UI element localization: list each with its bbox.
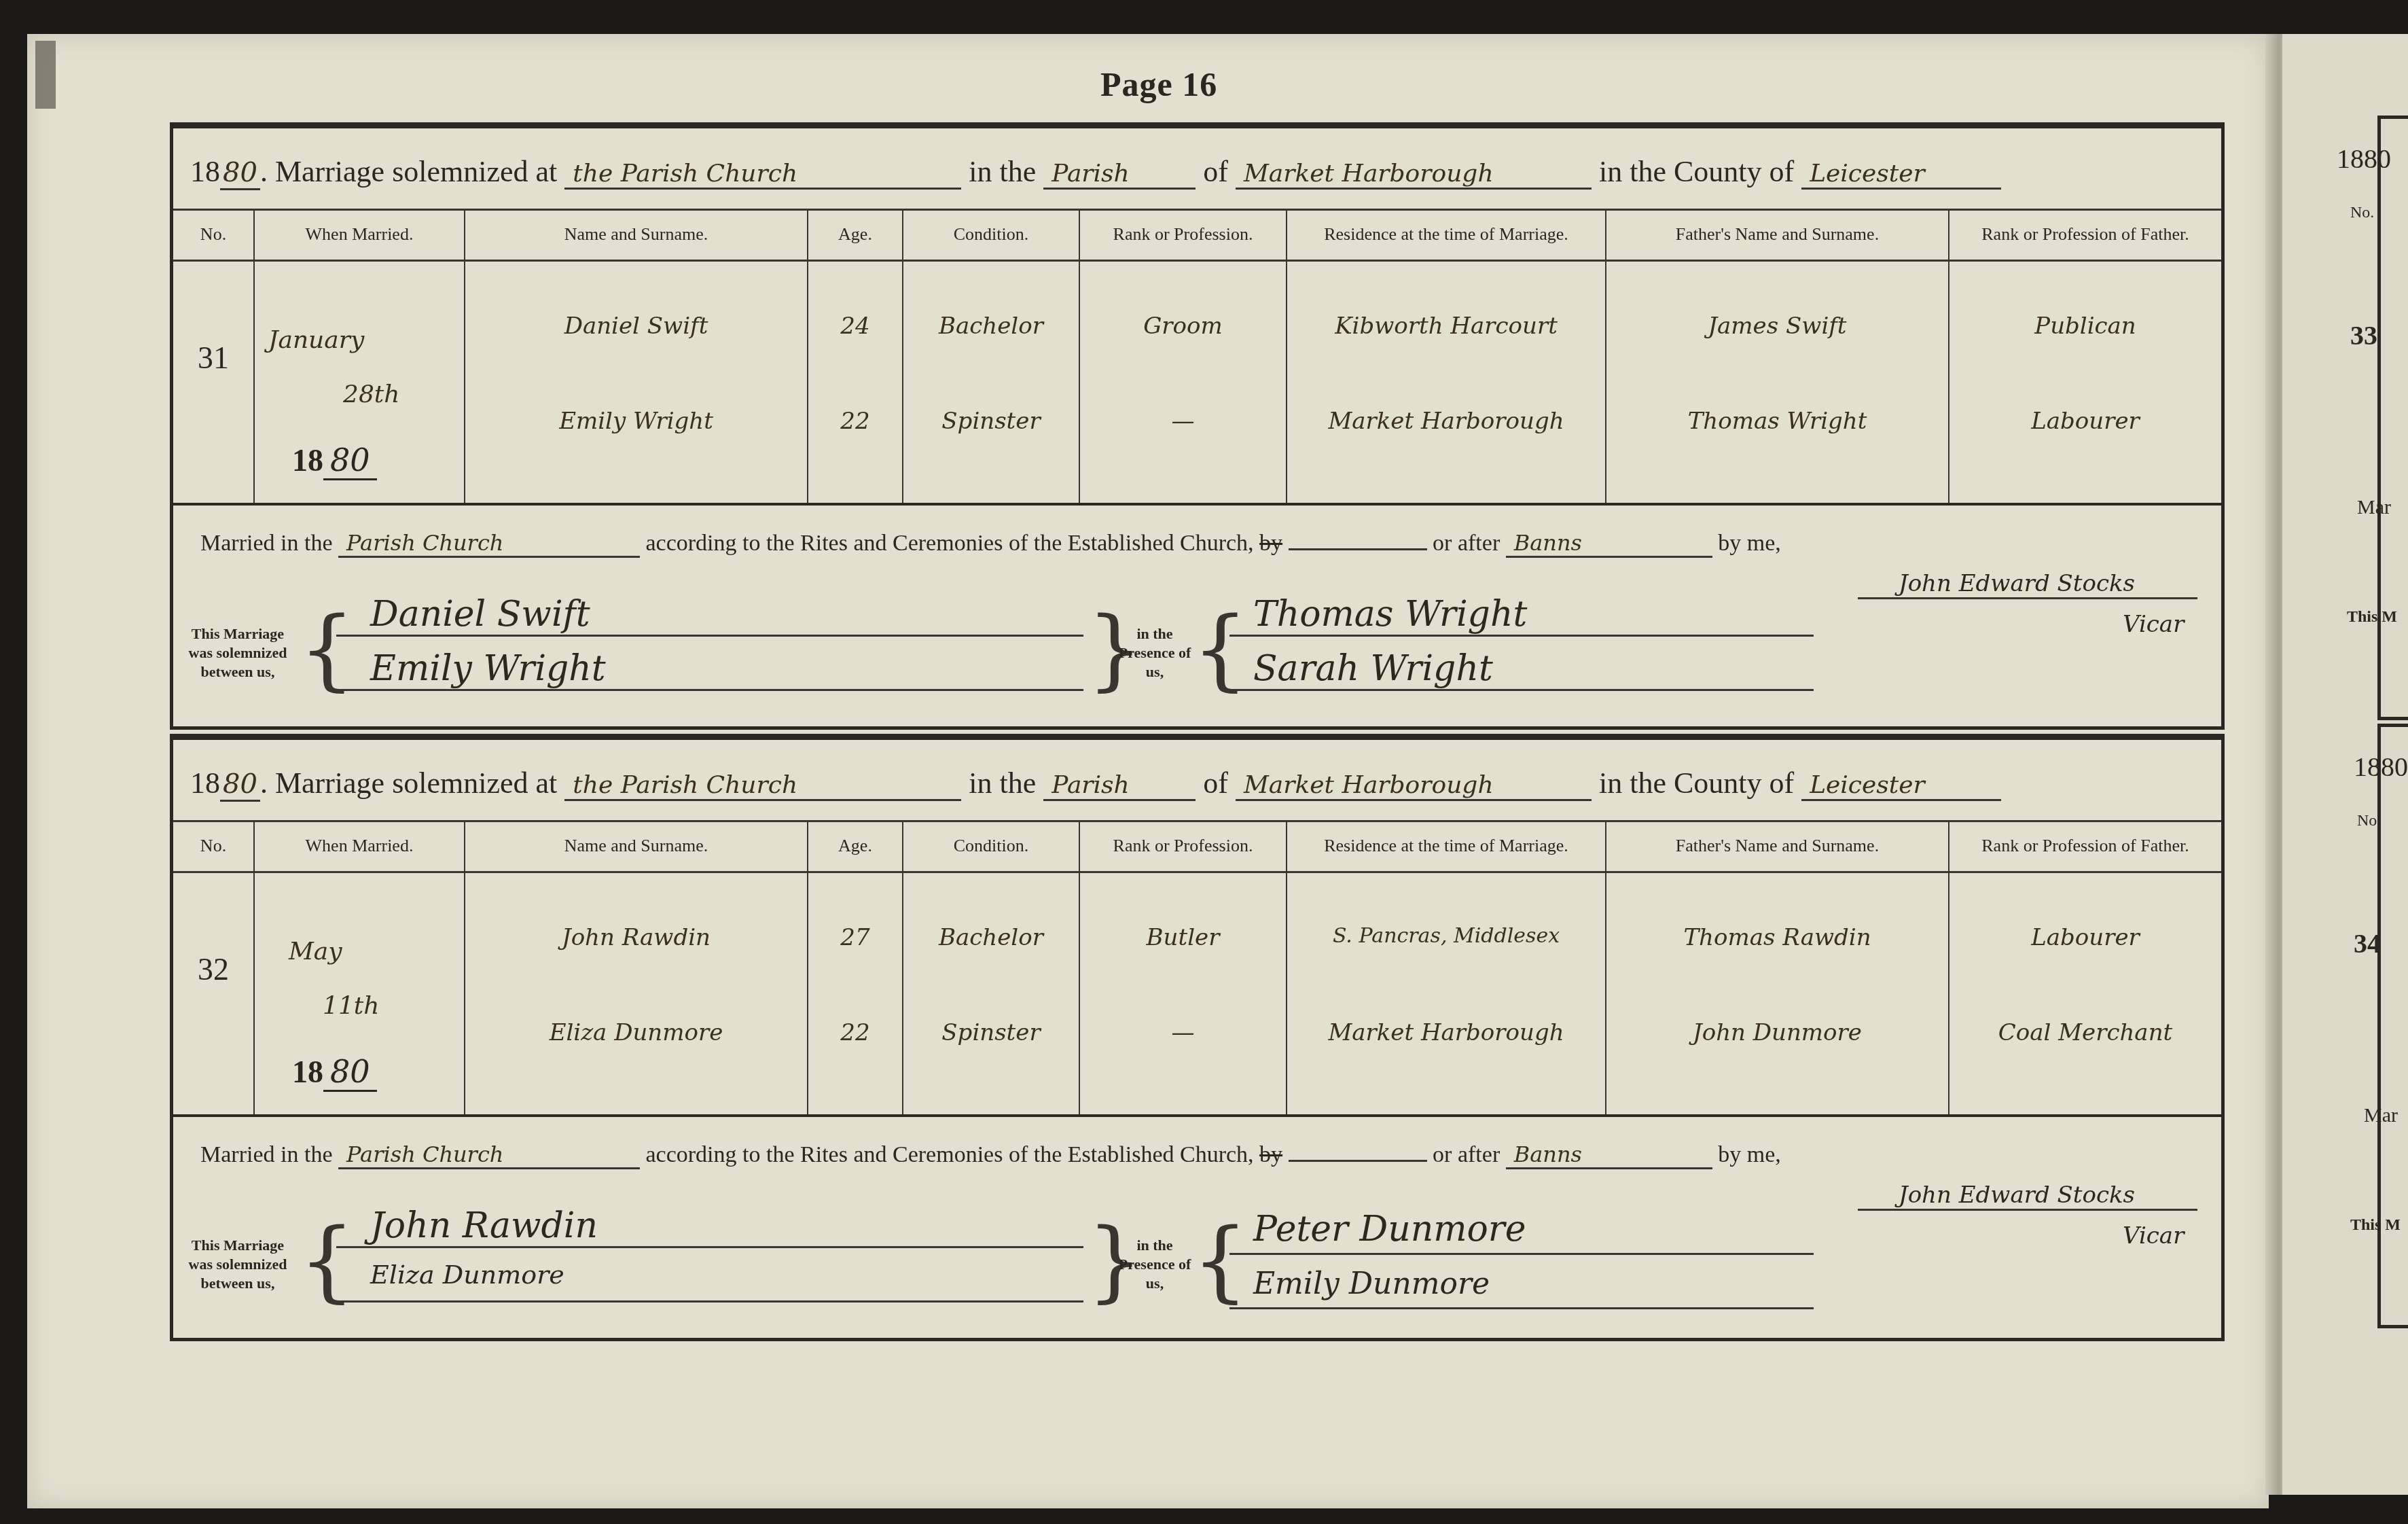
or-after-label: or after xyxy=(1433,531,1500,556)
after-value: Banns xyxy=(1506,1141,1712,1169)
officiant-title: Vicar xyxy=(2123,1222,2184,1250)
signature-witness2: Sarah Wright xyxy=(1253,648,1493,689)
bride-age: 22 xyxy=(808,1019,902,1046)
col-condition: Condition. xyxy=(903,211,1080,260)
brace-left: { xyxy=(299,597,355,701)
solemnized-between-label: This Marriage was solemnized between us, xyxy=(187,624,289,681)
or-after-label: or after xyxy=(1433,1142,1500,1167)
in-presence-label: in the Presence of us, xyxy=(1117,1236,1192,1293)
bride-father: John Dunmore xyxy=(1606,1019,1948,1046)
brace-left: { xyxy=(299,1209,355,1312)
bride-father-rank: Coal Merchant xyxy=(1949,1019,2221,1046)
signature-witness1: Thomas Wright xyxy=(1253,594,1527,635)
solemnized-label: Marriage solemnized at xyxy=(275,766,557,800)
according-label: according to the Rites and Ceremonies of… xyxy=(646,531,1254,556)
year-prefix: 18 xyxy=(190,155,220,188)
groom-father-rank: Labourer xyxy=(1949,924,2221,951)
bride-name: Emily Wright xyxy=(465,408,807,435)
married-in-value: Parish Church xyxy=(338,1141,640,1169)
next-page-number: 33 xyxy=(2350,319,2377,351)
next-page-no-label: No. xyxy=(2357,812,2381,830)
col-age: Age. xyxy=(808,211,903,260)
col-father-name: Father's Name and Surname. xyxy=(1606,211,1949,260)
groom-condition: Bachelor xyxy=(903,313,1079,340)
officiant-signature: John Edward Stocks xyxy=(1899,1182,2135,1209)
date-day: 28th xyxy=(343,380,399,408)
next-page-entry xyxy=(2377,116,2408,720)
groom-father: James Swift xyxy=(1606,313,1948,340)
year-prefix: 18 xyxy=(190,766,220,800)
signature-party2: Emily Wright xyxy=(370,648,606,689)
married-in-label: Married in the xyxy=(200,531,333,556)
groom-father-rank: Publican xyxy=(1949,313,2221,340)
brace-right: { xyxy=(1192,1209,1248,1312)
officiant-signature: John Edward Stocks xyxy=(1899,570,2135,597)
groom-age: 27 xyxy=(808,924,902,951)
district-value: Market Harborough xyxy=(1236,771,1592,801)
next-page-married-label: Mar xyxy=(2364,1104,2398,1127)
bride-father: Thomas Wright xyxy=(1606,408,1948,435)
after-value: Banns xyxy=(1506,530,1712,558)
married-in-line: Married in the Parish Church according t… xyxy=(173,1117,2221,1182)
in-the-label: in the xyxy=(969,155,1036,188)
by-licence-value xyxy=(1289,1160,1427,1162)
column-headers: No. When Married. Name and Surname. Age.… xyxy=(173,211,2221,262)
signature-witness1: Peter Dunmore xyxy=(1253,1209,1526,1250)
col-residence: Residence at the time of Marriage. xyxy=(1287,822,1606,871)
col-rank: Rank or Profession. xyxy=(1080,211,1287,260)
signature-party1: Daniel Swift xyxy=(370,594,590,635)
married-in-value: Parish Church xyxy=(338,530,640,558)
col-age: Age. xyxy=(808,822,903,871)
bride-condition: Spinster xyxy=(903,1019,1079,1046)
next-page-no-label: No. xyxy=(2350,204,2374,222)
page-number: Page 16 xyxy=(1100,65,1217,104)
in-presence-label: in the Presence of us, xyxy=(1117,624,1192,681)
next-page-number: 34 xyxy=(2354,927,2381,959)
col-rank: Rank or Profession. xyxy=(1080,822,1287,871)
col-no: No. xyxy=(173,822,255,871)
groom-age: 24 xyxy=(808,313,902,340)
next-page-year: 1880 xyxy=(2337,143,2391,175)
signature-party1: John Rawdin xyxy=(370,1205,598,1246)
by-me-label: by me, xyxy=(1718,1142,1781,1167)
county-label: in the County of xyxy=(1599,155,1794,188)
bride-father-rank: Labourer xyxy=(1949,408,2221,435)
col-name: Name and Surname. xyxy=(465,211,808,260)
col-name: Name and Surname. xyxy=(465,822,808,871)
bride-rank: — xyxy=(1080,1019,1286,1046)
next-page-married-label: Mar xyxy=(2357,496,2391,519)
groom-father: Thomas Rawdin xyxy=(1606,924,1948,951)
signature-block: This Marriage was solemnized between us,… xyxy=(173,1182,2221,1317)
by-label: by xyxy=(1259,531,1282,556)
date-year-prefix: 18 xyxy=(292,443,323,478)
next-page-year: 1880 xyxy=(2354,751,2408,783)
bride-age: 22 xyxy=(808,408,902,435)
entry-row: 32 May 11th 1880 John RawdinEliza Dunmor… xyxy=(173,873,2221,1117)
entry-row: 31 January 28th 1880 Daniel SwiftEmily W… xyxy=(173,262,2221,506)
date-month: January xyxy=(268,326,364,354)
col-father-name: Father's Name and Surname. xyxy=(1606,822,1949,871)
county-label: in the County of xyxy=(1599,766,1794,800)
entry-header: 1880. Marriage solemnized at the Parish … xyxy=(173,740,2221,822)
when-married: May 11th 1880 xyxy=(255,873,465,1114)
signature-block: This Marriage was solemnized between us,… xyxy=(173,570,2221,706)
entry-number: 32 xyxy=(173,951,253,987)
groom-residence: S. Pancras, Middlesex xyxy=(1287,924,1605,948)
date-month: May xyxy=(289,938,342,965)
place-value: the Parish Church xyxy=(564,160,961,190)
marriage-entry: 1880. Marriage solemnized at the Parish … xyxy=(170,122,2225,730)
by-licence-value xyxy=(1289,548,1427,550)
brace-right: { xyxy=(1192,597,1248,701)
date-day: 11th xyxy=(323,992,379,1020)
col-when-married: When Married. xyxy=(255,211,465,260)
next-page-entry xyxy=(2377,724,2408,1328)
married-in-line: Married in the Parish Church according t… xyxy=(173,506,2221,570)
col-father-rank: Rank or Profession of Father. xyxy=(1949,822,2221,871)
col-residence: Residence at the time of Marriage. xyxy=(1287,211,1606,260)
year-suffix: 80 xyxy=(220,157,260,190)
place-value: the Parish Church xyxy=(564,771,961,801)
date-year-suffix: 80 xyxy=(323,1053,377,1092)
when-married: January 28th 1880 xyxy=(255,262,465,503)
col-father-rank: Rank or Profession of Father. xyxy=(1949,211,2221,260)
groom-name: Daniel Swift xyxy=(465,313,807,340)
solemnized-between-label: This Marriage was solemnized between us, xyxy=(187,1236,289,1293)
next-page-this-marriage: This M xyxy=(2347,608,2397,626)
by-label: by xyxy=(1259,1142,1282,1167)
of-label: of xyxy=(1203,766,1228,800)
column-headers: No. When Married. Name and Surname. Age.… xyxy=(173,822,2221,873)
page-stain xyxy=(35,41,56,109)
officiant-title: Vicar xyxy=(2123,611,2184,638)
col-condition: Condition. xyxy=(903,822,1080,871)
county-value: Leicester xyxy=(1801,771,2001,801)
according-label: according to the Rites and Ceremonies of… xyxy=(646,1142,1254,1167)
next-page-this-marriage: This M xyxy=(2350,1216,2401,1235)
district-value: Market Harborough xyxy=(1236,160,1592,190)
entry-header: 1880. Marriage solemnized at the Parish … xyxy=(173,128,2221,211)
col-no: No. xyxy=(173,211,255,260)
solemnized-label: Marriage solemnized at xyxy=(275,155,557,188)
groom-rank: Butler xyxy=(1080,924,1286,951)
signature-witness2: Emily Dunmore xyxy=(1253,1266,1490,1301)
bride-rank: — xyxy=(1080,408,1286,435)
in-the-label: in the xyxy=(969,766,1036,800)
married-in-label: Married in the xyxy=(200,1142,333,1167)
marriage-entry: 1880. Marriage solemnized at the Parish … xyxy=(170,734,2225,1341)
year-suffix: 80 xyxy=(220,768,260,802)
district-type: Parish xyxy=(1043,160,1196,190)
groom-residence: Kibworth Harcourt xyxy=(1287,313,1605,340)
bride-condition: Spinster xyxy=(903,408,1079,435)
entry-number: 31 xyxy=(173,340,253,376)
date-year-prefix: 18 xyxy=(292,1055,323,1089)
by-me-label: by me, xyxy=(1718,531,1781,556)
bride-residence: Market Harborough xyxy=(1287,1019,1605,1046)
groom-rank: Groom xyxy=(1080,313,1286,340)
groom-name: John Rawdin xyxy=(465,924,807,951)
district-type: Parish xyxy=(1043,771,1196,801)
county-value: Leicester xyxy=(1801,160,2001,190)
bride-name: Eliza Dunmore xyxy=(465,1019,807,1046)
date-year-suffix: 80 xyxy=(323,442,377,480)
groom-condition: Bachelor xyxy=(903,924,1079,951)
bride-residence: Market Harborough xyxy=(1287,408,1605,435)
signature-party2: Eliza Dunmore xyxy=(370,1260,564,1290)
col-when-married: When Married. xyxy=(255,822,465,871)
of-label: of xyxy=(1203,155,1228,188)
